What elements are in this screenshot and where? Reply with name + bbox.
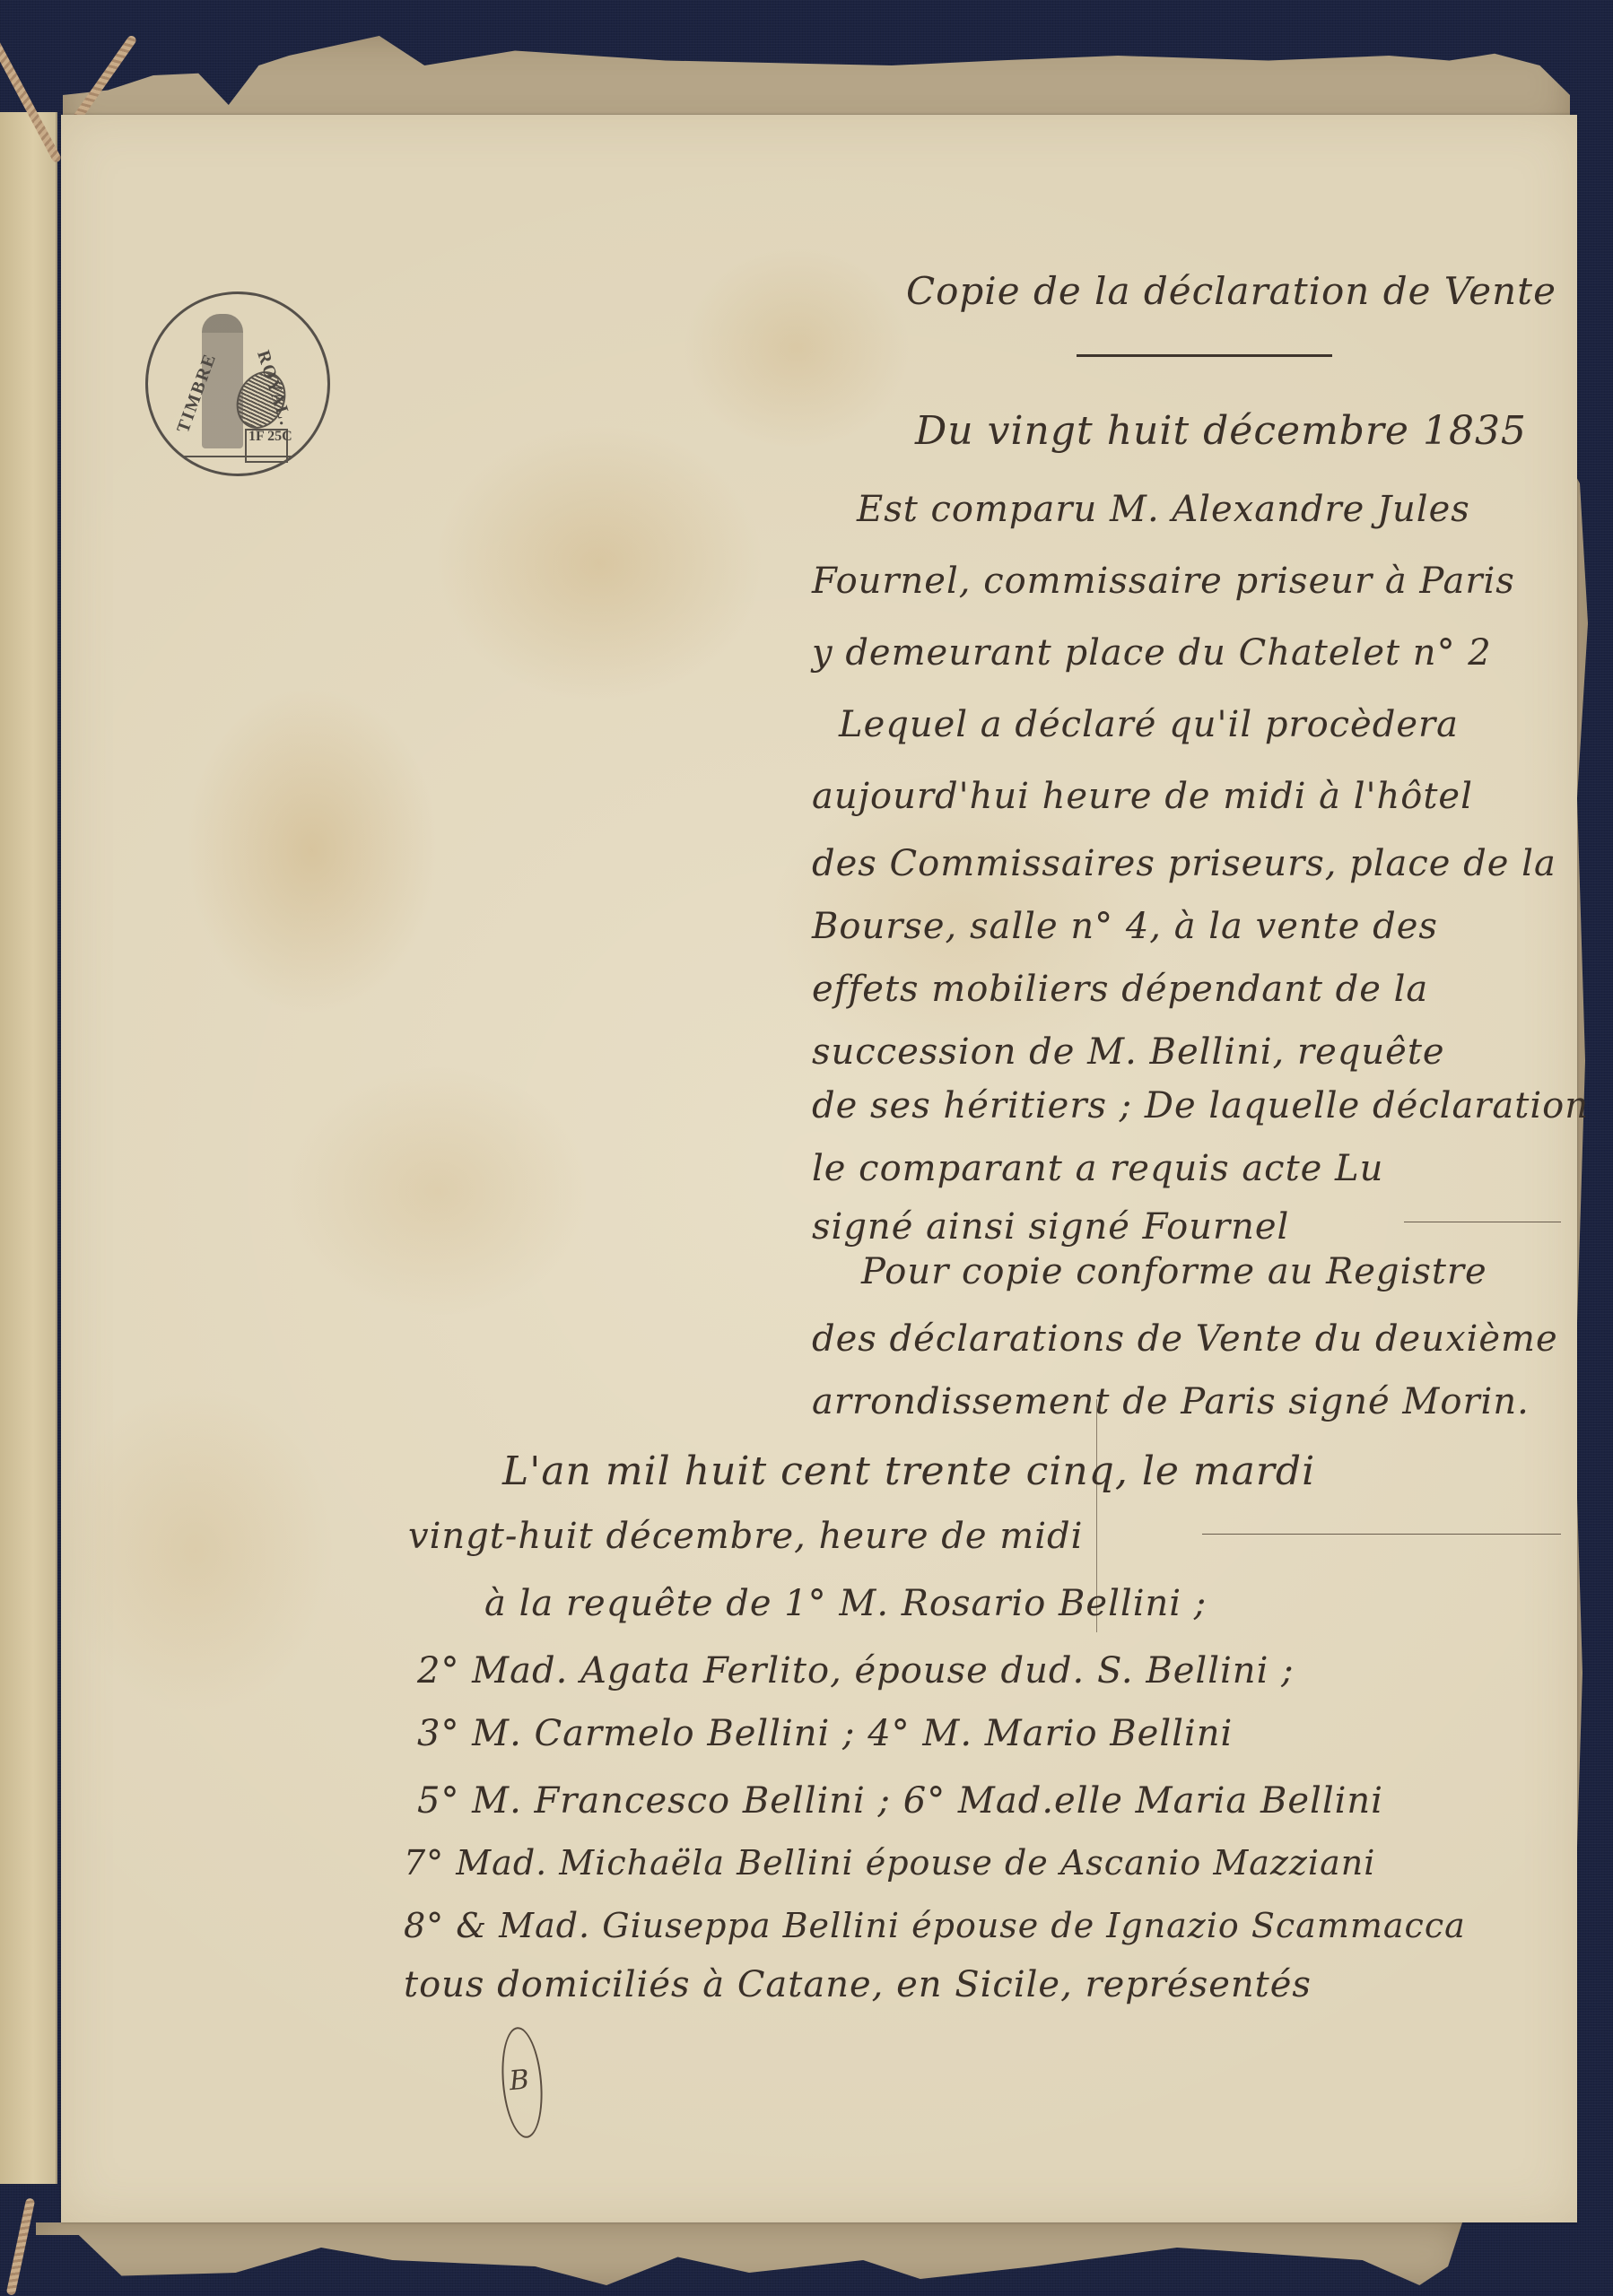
declaration-line: signé ainsi signé Fournel <box>812 1206 1289 1248</box>
stamp-value: 1F 25C <box>248 429 292 445</box>
body-line: tous domiciliés à Catane, en Sicile, rep… <box>404 1964 1312 2005</box>
declaration-line: effets mobiliers dépendant de la <box>812 969 1428 1010</box>
binding-string-bottom <box>6 2197 36 2296</box>
declaration-line: Fournel, commissaire priseur à Paris <box>812 561 1515 602</box>
declaration-line: y demeurant place du Chatelet n° 2 <box>812 632 1492 674</box>
declaration-line: aujourd'hui heure de midi à l'hôtel <box>812 776 1473 817</box>
body-line: vingt-huit décembre, heure de midi <box>408 1516 1083 1557</box>
body-line: à la requête de 1° M. Rosario Bellini ; <box>484 1583 1207 1624</box>
declaration-line: succession de M. Bellini, requête <box>812 1031 1445 1073</box>
declaration-line: des Commissaires priseurs, place de la <box>812 843 1556 884</box>
declaration-line: Lequel a déclaré qu'il procèdera <box>839 704 1459 745</box>
declaration-line: Est comparu M. Alexandre Jules <box>857 489 1470 530</box>
body-line: L'an mil huit cent trente cinq, le mardi <box>502 1448 1315 1494</box>
timbre-royal-stamp: TIMBRE ROYAL. 1F 25C <box>145 291 330 476</box>
body-line: 5° M. Francesco Bellini ; 6° Mad.elle Ma… <box>417 1780 1383 1822</box>
stamp-base <box>184 456 292 463</box>
body-line: 7° Mad. Michaëla Bellini épouse de Ascan… <box>404 1843 1375 1883</box>
line-filler-rule <box>1202 1534 1561 1535</box>
declaration-line: de ses héritiers ; De laquelle déclarati… <box>812 1085 1589 1126</box>
declaration-line: Du vingt huit décembre 1835 <box>915 408 1527 454</box>
body-line: 2° Mad. Agata Ferlito, épouse dud. S. Be… <box>417 1650 1295 1692</box>
certification-line: des déclarations de Vente du deuxième <box>812 1318 1558 1360</box>
document-title: Copie de la déclaration de Vente <box>906 269 1556 313</box>
certification-line: Pour copie conforme au Registre <box>861 1251 1487 1292</box>
left-binding-leaf <box>0 112 57 2184</box>
margin-mark-letter: B <box>508 2064 530 2097</box>
title-underline <box>1077 354 1332 357</box>
declaration-line: le comparant a requis acte Lu <box>812 1148 1383 1189</box>
body-line: 3° M. Carmelo Bellini ; 4° M. Mario Bell… <box>417 1713 1233 1754</box>
certification-line: arrondissement de Paris signé Morin. <box>812 1381 1530 1422</box>
line-filler-rule <box>1404 1222 1561 1222</box>
declaration-line: Bourse, salle n° 4, à la vente des <box>812 906 1438 947</box>
torn-back-sheet-bottom <box>36 2222 1462 2285</box>
body-line: 8° & Mad. Giuseppa Bellini épouse de Ign… <box>404 1906 1466 1945</box>
